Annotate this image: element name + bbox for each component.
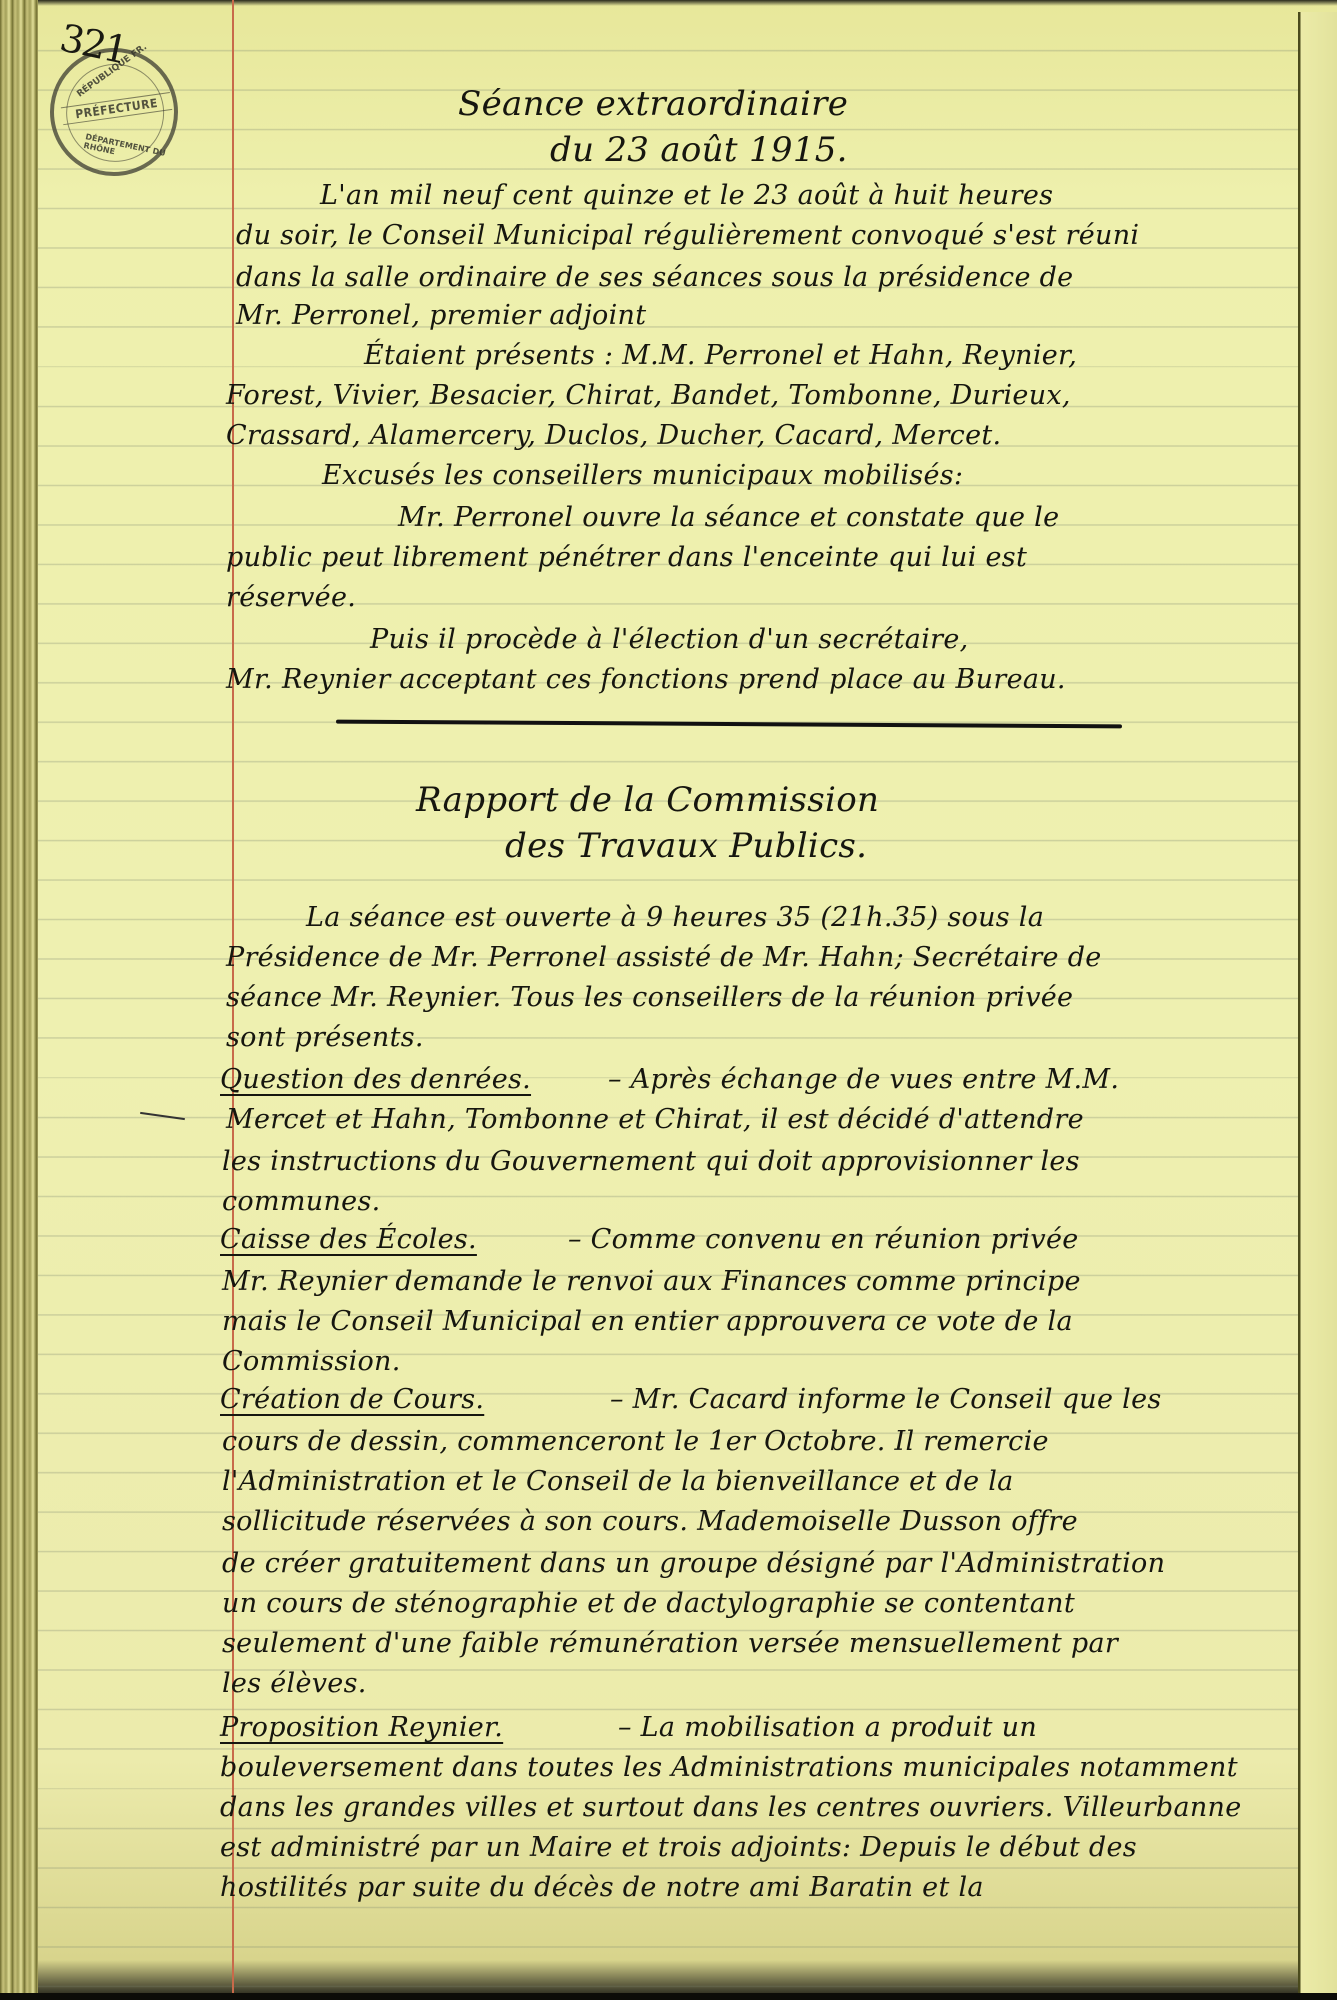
attendance-line: Crassard, Alamercery, Duclos, Ducher, Ca… xyxy=(226,420,1001,451)
excused-line: Excusés les conseillers municipaux mobil… xyxy=(322,460,963,491)
section-text-line: – Comme convenu en réunion privée xyxy=(568,1224,1079,1255)
section-text-line: est administré par un Maire et trois adj… xyxy=(220,1832,1137,1863)
section-text-line: communes. xyxy=(222,1186,380,1217)
attendance-line: Étaient présents : M.M. Perronel et Hahn… xyxy=(364,340,1077,371)
report-title-line1: Rapport de la Commission xyxy=(416,780,879,820)
section-text-line: bouleversement dans toutes les Administr… xyxy=(220,1752,1238,1783)
section-text-line: les élèves. xyxy=(222,1668,367,1699)
section-text-line: un cours de sténographie et de dactylogr… xyxy=(222,1588,1075,1619)
section-text-line: Mr. Reynier demande le renvoi aux Financ… xyxy=(222,1266,1081,1297)
session-line: Mr. Reynier acceptant ces fonctions pren… xyxy=(226,664,1066,695)
scan-bottom-edge xyxy=(0,1993,1337,2000)
section-text-line: dans les grandes villes et surtout dans … xyxy=(220,1792,1242,1823)
session-line: Mr. Perronel, premier adjoint xyxy=(236,300,646,331)
session-line: Mr. Perronel ouvre la séance et constate… xyxy=(398,502,1059,533)
session-line: L'an mil neuf cent quinze et le 23 août … xyxy=(320,180,1053,211)
report-intro-line: séance Mr. Reynier. Tous les conseillers… xyxy=(226,982,1073,1013)
report-intro-line: La séance est ouverte à 9 heures 35 (21h… xyxy=(306,902,1044,933)
section-text-line: – Après échange de vues entre M.M. xyxy=(608,1064,1119,1095)
report-intro-line: Présidence de Mr. Perronel assisté de Mr… xyxy=(226,942,1102,973)
session-title: Séance extraordinaire xyxy=(458,84,848,124)
section-text-line: les instructions du Gouvernement qui doi… xyxy=(222,1146,1080,1177)
session-line: dans la salle ordinaire de ses séances s… xyxy=(236,262,1073,293)
session-line: du soir, le Conseil Municipal régulièrem… xyxy=(236,220,1139,251)
section-text-line: sollicitude réservées à son cours. Madem… xyxy=(222,1506,1078,1537)
section-text-line: hostilités par suite du décès de notre a… xyxy=(220,1872,984,1903)
section-text-line: Mercet et Hahn, Tombonne et Chirat, il e… xyxy=(226,1104,1084,1135)
session-date: du 23 août 1915. xyxy=(550,130,848,170)
ledger-page: RÉPUBLIQUE FR. PRÉFECTURE DÉPARTEMENT DU… xyxy=(0,0,1337,2000)
section-text-line: cours de dessin, commenceront le 1er Oct… xyxy=(222,1426,1049,1457)
section-heading-caisse-ecoles: Caisse des Écoles. xyxy=(220,1224,477,1255)
session-line: Puis il procède à l'élection d'un secrét… xyxy=(370,624,969,655)
report-intro-line: sont présents. xyxy=(226,1022,424,1053)
section-text-line: Commission. xyxy=(222,1346,401,1377)
section-text-line: l'Administration et le Conseil de la bie… xyxy=(222,1466,1014,1497)
section-heading-proposition-reynier: Proposition Reynier. xyxy=(220,1712,503,1743)
session-line: réservée. xyxy=(226,582,356,613)
session-line: public peut librement pénétrer dans l'en… xyxy=(226,542,1027,573)
section-heading-denrees: Question des denrées. xyxy=(220,1064,531,1095)
section-heading-creation-cours: Création de Cours. xyxy=(220,1384,484,1415)
report-title-line2: des Travaux Publics. xyxy=(505,826,867,866)
attendance-line: Forest, Vivier, Besacier, Chirat, Bandet… xyxy=(226,380,1071,411)
section-text-line: seulement d'une faible rémunération vers… xyxy=(222,1628,1118,1659)
left-binding-edge xyxy=(0,0,38,1995)
section-text-line: – La mobilisation a produit un xyxy=(618,1712,1037,1743)
section-text-line: mais le Conseil Municipal en entier appr… xyxy=(222,1306,1073,1337)
right-page-edge xyxy=(1298,12,1337,1997)
section-text-line: de créer gratuitement dans un groupe dés… xyxy=(222,1548,1165,1579)
section-text-line: – Mr. Cacard informe le Conseil que les xyxy=(610,1384,1162,1415)
